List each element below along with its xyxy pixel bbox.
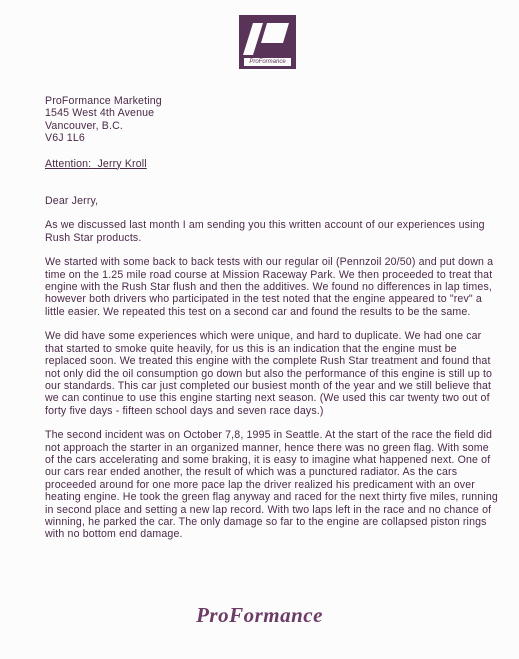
attention-label: Attention: [45, 158, 91, 170]
address-company: ProFormance Marketing [45, 95, 500, 107]
attention-line: Attention: Jerry Kroll [45, 158, 500, 170]
paragraph-unique-experiences: We did have some experiences which were … [45, 330, 500, 417]
address-postal: V6J 1L6 [45, 132, 500, 144]
proformance-logo: ProFormance [239, 15, 296, 69]
letter-body: ProFormance Marketing 1545 West 4th Aven… [45, 95, 500, 541]
paragraph-second-incident: The second incident was on October 7,8, … [45, 429, 500, 541]
recipient-address: ProFormance Marketing 1545 West 4th Aven… [45, 95, 500, 145]
greeting: Dear Jerry, [45, 195, 500, 207]
logo-caption: ProFormance [243, 57, 292, 67]
signoff-wordmark: ProFormance [0, 603, 519, 628]
attention-name: Jerry Kroll [97, 158, 146, 170]
paragraph-intro: As we discussed last month I am sending … [45, 219, 500, 244]
paragraph-back-to-back-tests: We started with some back to back tests … [45, 256, 500, 318]
address-street: 1545 West 4th Avenue [45, 107, 500, 119]
address-city: Vancouver, B.C. [45, 120, 500, 132]
